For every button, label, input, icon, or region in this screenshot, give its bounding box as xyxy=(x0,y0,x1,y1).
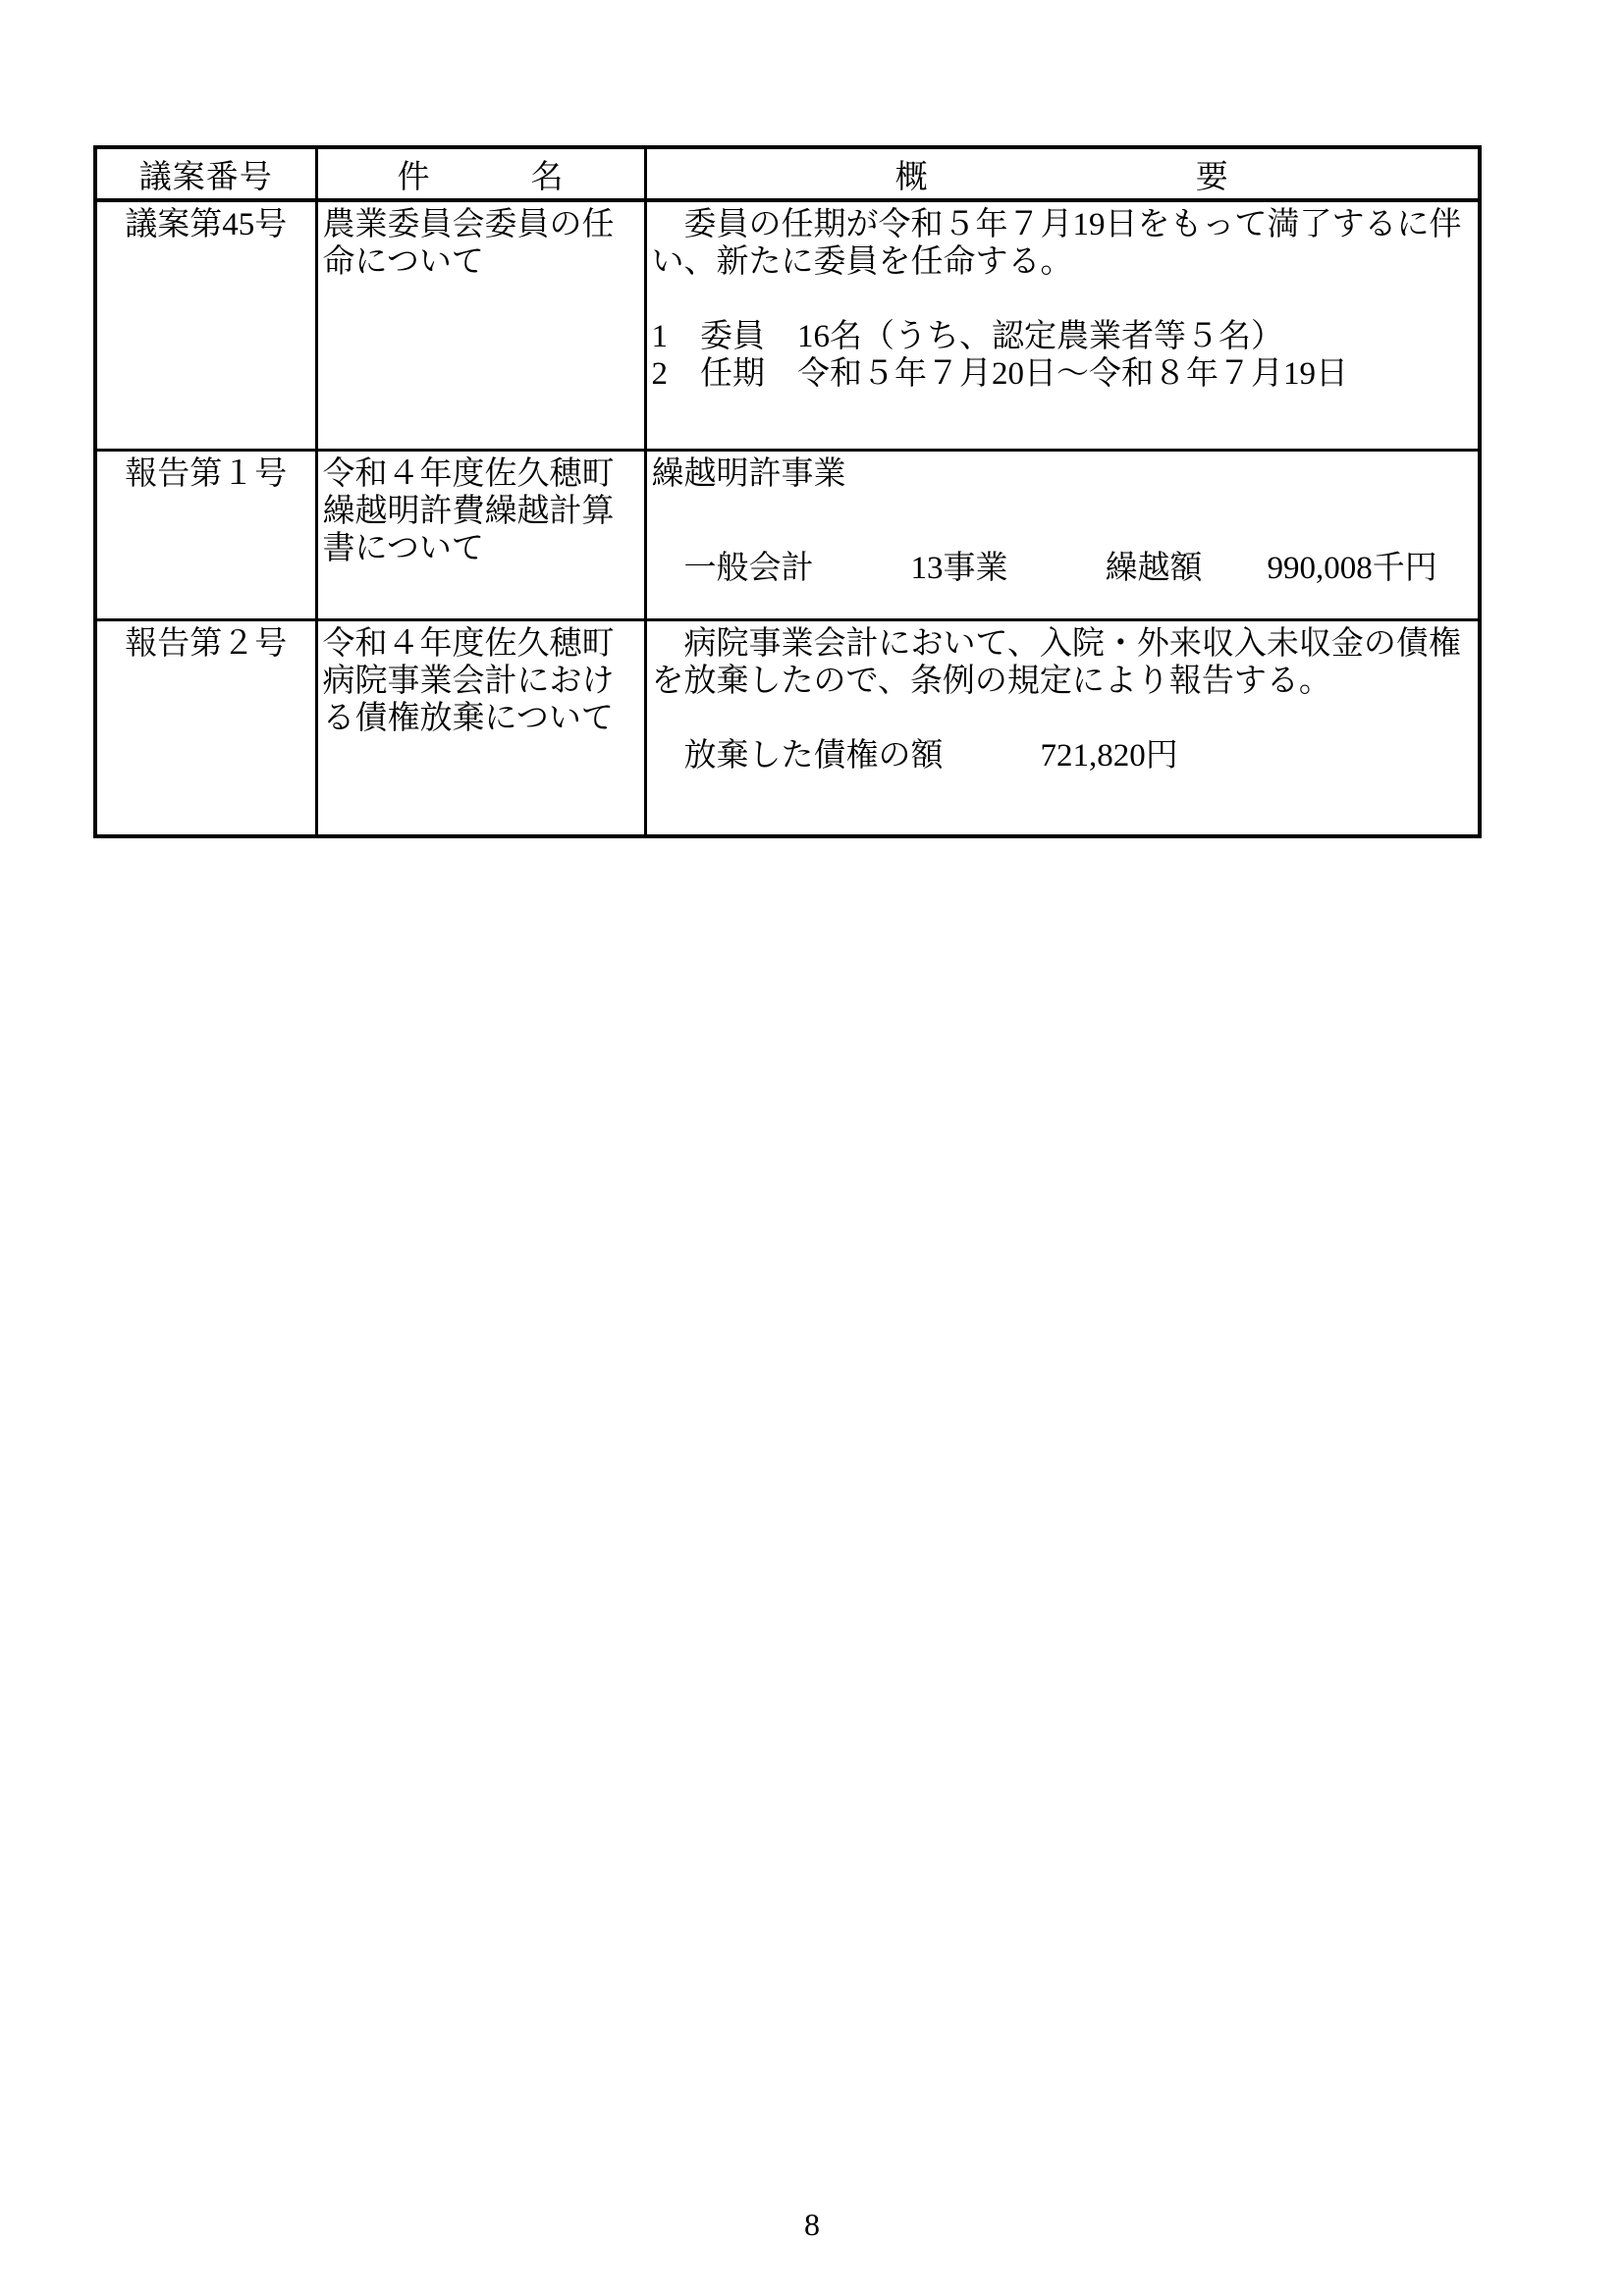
summary-blank-line xyxy=(652,700,1474,737)
summary-blank-line xyxy=(652,493,1474,550)
summary-line: 1 委員 16名（うち、認定農業者等５名） xyxy=(652,318,1474,355)
title-cell: 令和４年度佐久穂町 病院事業会計におけ る債権放棄について xyxy=(316,620,645,837)
title-line: 病院事業会計におけ xyxy=(323,663,639,700)
title-line: 命について xyxy=(323,243,639,281)
summary-line: 放棄した債権の額 721,820円 xyxy=(652,737,1474,774)
summary-line: い、新たに委員を任命する。 xyxy=(652,243,1474,281)
title-line: る債権放棄について xyxy=(323,700,639,737)
title-line: 農業委員会委員の任 xyxy=(323,206,639,243)
summary-line: 委員の任期が令和５年７月19日をもって満了するに伴 xyxy=(652,206,1474,243)
bill-number-cell: 報告第１号 xyxy=(95,451,316,620)
title-line: 書について xyxy=(323,530,639,567)
page-number: 8 xyxy=(0,2207,1624,2243)
summary-cell: 病院事業会計において、入院・外来収入未収金の債権 を放棄したので、条例の規定によ… xyxy=(645,620,1480,837)
summary-blank-line xyxy=(652,281,1474,318)
header-bill-number: 議案番号 xyxy=(95,147,316,200)
table-row: 報告第２号 令和４年度佐久穂町 病院事業会計におけ る債権放棄について 病院事業… xyxy=(95,620,1480,837)
summary-line: を放棄したので、条例の規定により報告する。 xyxy=(652,663,1474,700)
summary-line: 病院事業会計において、入院・外来収入未収金の債権 xyxy=(652,625,1474,663)
header-title: 件 名 xyxy=(316,147,645,200)
summary-cell: 繰越明許事業 一般会計 13事業 繰越額 990,008千円 xyxy=(645,451,1480,620)
title-line: 令和４年度佐久穂町 xyxy=(323,625,639,663)
table-row: 報告第１号 令和４年度佐久穂町 繰越明許費繰越計算 書について 繰越明許事業 一… xyxy=(95,451,1480,620)
agenda-summary-table: 議案番号 件 名 概 要 議案第45号 農業委員会委員の任 命について 委員の任… xyxy=(93,145,1482,838)
bill-number-cell: 報告第２号 xyxy=(95,620,316,837)
title-line: 繰越明許費繰越計算 xyxy=(323,493,639,530)
bill-number-cell: 議案第45号 xyxy=(95,200,316,451)
title-cell: 農業委員会委員の任 命について xyxy=(316,200,645,451)
summary-line: 2 任期 令和５年７月20日～令和８年７月19日 xyxy=(652,355,1474,393)
summary-line: 繰越明許事業 xyxy=(652,455,1474,493)
header-summary: 概 要 xyxy=(645,147,1480,200)
table-row: 議案第45号 農業委員会委員の任 命について 委員の任期が令和５年７月19日をも… xyxy=(95,200,1480,451)
summary-cell: 委員の任期が令和５年７月19日をもって満了するに伴 い、新たに委員を任命する。 … xyxy=(645,200,1480,451)
table-header-row: 議案番号 件 名 概 要 xyxy=(95,147,1480,200)
title-line: 令和４年度佐久穂町 xyxy=(323,455,639,493)
title-cell: 令和４年度佐久穂町 繰越明許費繰越計算 書について xyxy=(316,451,645,620)
document-page: 議案番号 件 名 概 要 議案第45号 農業委員会委員の任 命について 委員の任… xyxy=(0,0,1624,2296)
summary-line: 一般会計 13事業 繰越額 990,008千円 xyxy=(652,550,1474,587)
